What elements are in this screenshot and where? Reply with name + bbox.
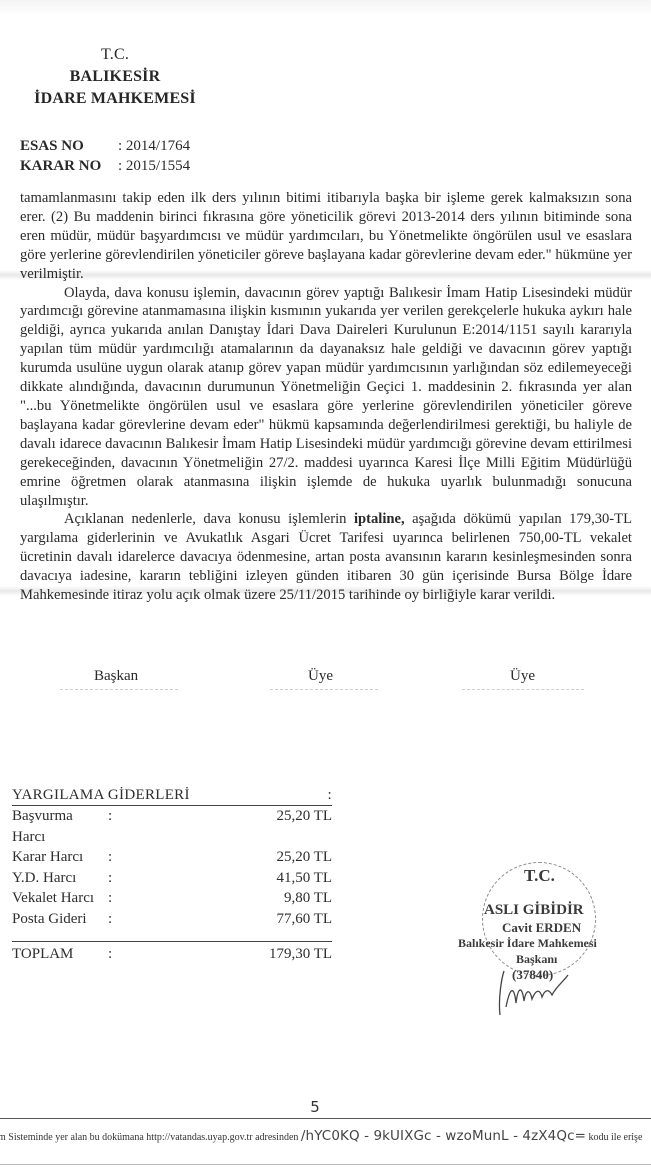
stamp-role: Başkanı bbox=[516, 952, 557, 967]
footer-suffix: kodu ile erişe bbox=[586, 1132, 642, 1143]
paragraph-assessment: Olayda, dava konusu işlemin, davacının g… bbox=[20, 284, 632, 511]
cost-value: 25,20 TL bbox=[138, 847, 332, 868]
costs-title-row: YARGILAMA GİDERLERİ : bbox=[12, 786, 332, 806]
stamp-name: Cavit ERDEN bbox=[502, 920, 581, 936]
cost-value: 77,60 TL bbox=[138, 909, 332, 930]
cost-row: Posta Gideri:77,60 TL bbox=[12, 909, 332, 930]
cost-name: Posta Gideri bbox=[12, 909, 108, 930]
paragraph-decision: Açıklanan nedenlerle, dava konusu işleml… bbox=[20, 510, 632, 605]
stamp-asli: ASLI GİBİDİR bbox=[484, 902, 584, 919]
stamp-court: Balıkesir İdare Mahkemesi bbox=[458, 936, 597, 951]
signature-member-1: Üye bbox=[308, 668, 333, 685]
signature-president: Başkan bbox=[94, 668, 138, 685]
cost-rows: Başvurma Harcı:25,20 TLKarar Harcı:25,20… bbox=[12, 806, 332, 929]
footer-divider bbox=[0, 1118, 651, 1119]
decision-body: tamamlanmasını takip eden ilk ders yılın… bbox=[20, 189, 632, 605]
footer-verification: m Sisteminde yer alan bu dokümana http:/… bbox=[0, 1128, 642, 1144]
page-edge bbox=[0, 1164, 651, 1165]
cost-name: Başvurma Harcı bbox=[12, 806, 108, 847]
total-value: 179,30 TL bbox=[138, 944, 332, 965]
header-court: İDARE MAHKEMESİ bbox=[0, 88, 230, 110]
official-stamp: T.C. ASLI GİBİDİR Cavit ERDEN Balıkesir … bbox=[472, 862, 642, 1012]
redacted-name bbox=[462, 689, 584, 692]
page-number: 5 bbox=[0, 1098, 630, 1116]
redacted-name bbox=[270, 689, 378, 692]
costs-title-colon: : bbox=[328, 786, 332, 805]
costs-table: YARGILAMA GİDERLERİ : Başvurma Harcı:25,… bbox=[12, 786, 332, 965]
total-label: TOPLAM bbox=[12, 944, 108, 965]
cost-colon: : bbox=[108, 888, 138, 909]
esas-label: ESAS NO bbox=[20, 136, 118, 156]
cost-value: 9,80 TL bbox=[138, 888, 332, 909]
footer-prefix: m Sisteminde yer alan bu dokümana http:/… bbox=[0, 1132, 301, 1143]
redacted-name bbox=[60, 689, 178, 692]
esas-row: ESAS NO : 2014/1764 bbox=[20, 136, 190, 156]
costs-total-row: TOPLAM : 179,30 TL bbox=[12, 941, 332, 965]
cost-colon: : bbox=[108, 806, 138, 847]
court-header: T.C. BALIKESİR İDARE MAHKEMESİ bbox=[0, 44, 230, 110]
esas-value: : 2014/1764 bbox=[118, 136, 190, 156]
cost-row: Vekalet Harcı:9,80 TL bbox=[12, 888, 332, 909]
signature-member-2: Üye bbox=[510, 668, 535, 685]
decision-verdict: iptaline, bbox=[354, 511, 405, 527]
verification-code: /hYC0KQ - 9kUIXGc - wzoMunL - 4zX4Qc= bbox=[301, 1128, 586, 1144]
karar-value: : 2015/1554 bbox=[118, 156, 190, 176]
case-numbers: ESAS NO : 2014/1764 KARAR NO : 2015/1554 bbox=[20, 136, 190, 176]
cost-value: 25,20 TL bbox=[138, 806, 332, 847]
scan-artifact bbox=[0, 0, 651, 14]
karar-label: KARAR NO bbox=[20, 156, 118, 176]
total-colon: : bbox=[108, 944, 138, 965]
cost-colon: : bbox=[108, 909, 138, 930]
cost-row: Karar Harcı:25,20 TL bbox=[12, 847, 332, 868]
costs-title: YARGILAMA GİDERLERİ bbox=[12, 786, 190, 805]
decision-text-before: Açıklanan nedenlerle, dava konusu işleml… bbox=[64, 511, 354, 527]
cost-name: Y.D. Harcı bbox=[12, 868, 108, 889]
cost-row: Y.D. Harcı:41,50 TL bbox=[12, 868, 332, 889]
header-city: BALIKESİR bbox=[0, 66, 230, 88]
stamp-tc: T.C. bbox=[524, 866, 555, 886]
cost-name: Karar Harcı bbox=[12, 847, 108, 868]
cost-value: 41,50 TL bbox=[138, 868, 332, 889]
cost-row: Başvurma Harcı:25,20 TL bbox=[12, 806, 332, 847]
header-tc: T.C. bbox=[0, 44, 230, 66]
paragraph-regulation: tamamlanmasını takip eden ilk ders yılın… bbox=[20, 189, 632, 284]
signature-scribble-icon bbox=[492, 967, 582, 1017]
karar-row: KARAR NO : 2015/1554 bbox=[20, 156, 190, 176]
cost-name: Vekalet Harcı bbox=[12, 888, 108, 909]
cost-colon: : bbox=[108, 847, 138, 868]
cost-colon: : bbox=[108, 868, 138, 889]
